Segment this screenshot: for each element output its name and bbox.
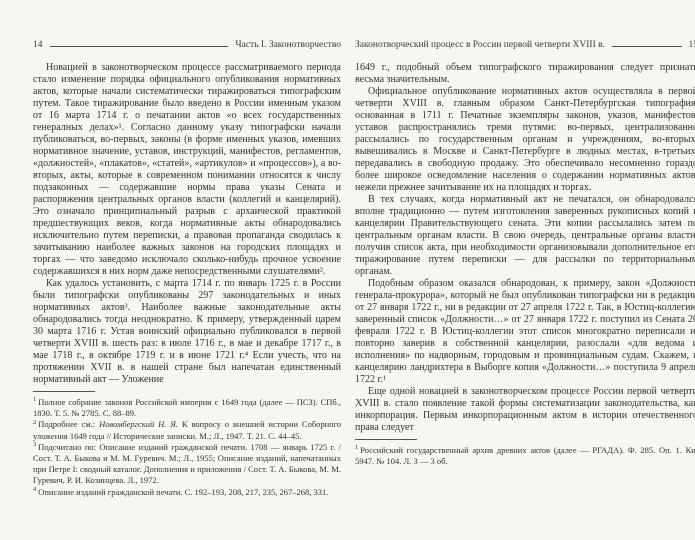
footnote-marker: 3	[33, 441, 36, 448]
left-running-title: Часть I. Законотворчество	[235, 40, 341, 51]
right-footnotes: 1Российский государственный архив древни…	[355, 439, 695, 467]
footnote: 4Описание изданий гражданской печати. С.…	[33, 487, 341, 498]
paragraph: Официальное опубликование нормативных ак…	[355, 86, 695, 194]
right-running-head: Законотворческий процесс в России первой…	[355, 40, 695, 51]
footnote: 3Подсчитано по: Описание изданий граждан…	[33, 442, 341, 487]
right-page: Законотворческий процесс в России первой…	[355, 40, 695, 467]
footnote-separator	[355, 439, 417, 440]
footnote-separator	[33, 391, 95, 392]
footnote: 1Полное собрание законов Российской импе…	[33, 397, 341, 419]
paragraph: 1649 г., подобный объем типографского ти…	[355, 62, 695, 86]
left-running-head: 14 Часть I. Законотворчество	[33, 40, 341, 51]
paragraph: Подобным образом оказался обнародован, к…	[355, 278, 695, 386]
left-header-rule	[50, 46, 229, 47]
footnote-marker: 4	[33, 486, 36, 493]
left-footnotes: 1Полное собрание законов Российской импе…	[33, 391, 341, 498]
paragraph: Еще одной новацией в законотворческом пр…	[355, 386, 695, 434]
left-page-number: 14	[33, 40, 43, 51]
right-body: 1649 г., подобный объем типографского ти…	[355, 62, 695, 434]
right-header-rule	[612, 46, 682, 47]
footnote-marker: 1	[355, 444, 358, 451]
left-body: Новацией в законотворческом процессе рас…	[33, 62, 341, 386]
footnote-author: Новомбергский Н. Я.	[99, 419, 178, 429]
left-page: 14 Часть I. Законотворчество Новацией в …	[33, 40, 341, 498]
book-spread: 14 Часть I. Законотворчество Новацией в …	[0, 0, 695, 540]
paragraph: В тех случаях, когда нормативный акт не …	[355, 194, 695, 278]
right-running-title: Законотворческий процесс в России первой…	[355, 40, 605, 51]
footnote-marker: 2	[33, 419, 36, 426]
footnote-marker: 1	[33, 396, 36, 403]
paragraph: Новацией в законотворческом процессе рас…	[33, 62, 341, 278]
right-page-number: 15	[689, 40, 695, 51]
footnote: 1Российский государственный архив древни…	[355, 445, 695, 467]
paragraph: Как удалось установить, с марта 1714 г. …	[33, 278, 341, 386]
footnote: 2Подробнее см.: Новомбергский Н. Я. К во…	[33, 419, 341, 441]
